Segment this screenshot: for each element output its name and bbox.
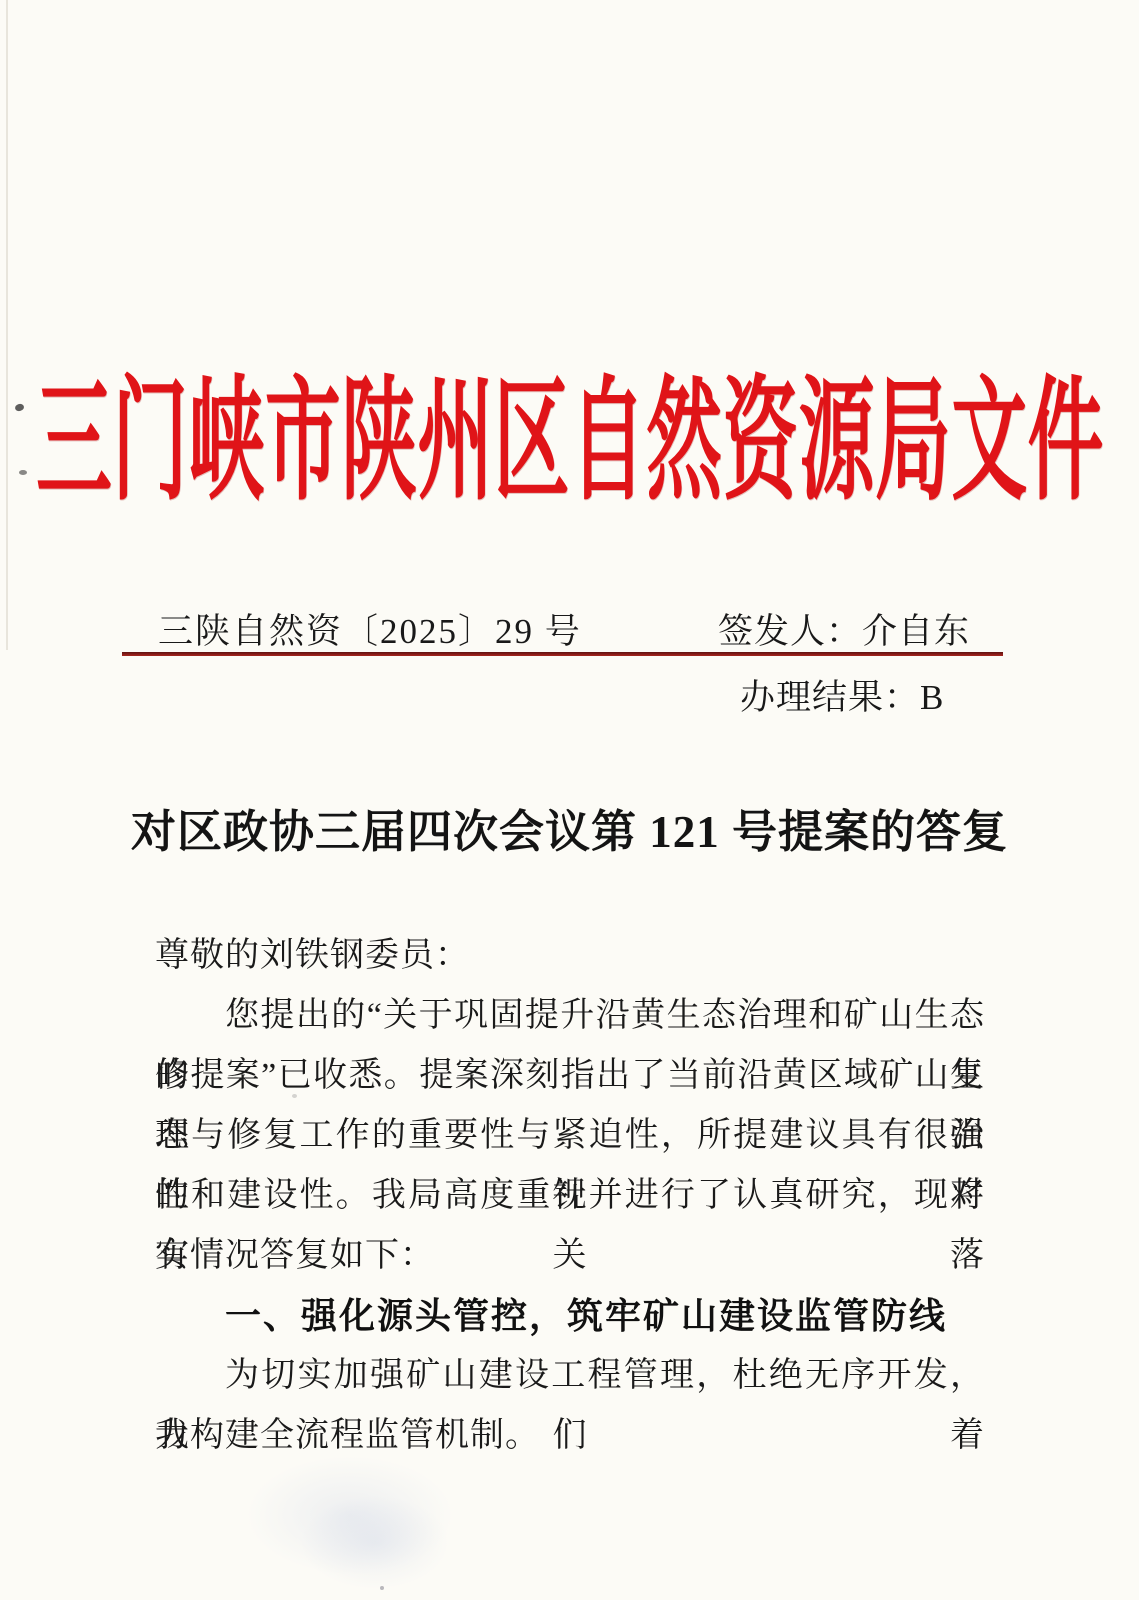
body-line: 为切实加强矿山建设工程管理，杜绝无序开发，我们着 xyxy=(155,1346,985,1406)
paper-edge-shadow xyxy=(6,0,8,650)
scan-speck xyxy=(380,1586,384,1590)
document-title: 对区政协三届四次会议第 121 号提案的答复 xyxy=(0,802,1139,862)
result-value: B xyxy=(920,678,944,717)
signer-label: 签发人： xyxy=(718,612,862,651)
red-divider-rule xyxy=(122,652,1003,656)
handling-result: 办理结果：B xyxy=(740,676,944,720)
body-line: 理与修复工作的重要性与紧迫性，所提建议具有很强的针对 xyxy=(155,1106,985,1166)
ink-bleed-through xyxy=(300,1495,450,1590)
signer-name: 介自东 xyxy=(862,612,970,651)
body-line: 您提出的“关于巩固提升沿黄生态治理和矿山生态修复 xyxy=(155,986,985,1046)
signer: 签发人：介自东 xyxy=(718,610,970,654)
body-line: 性和建设性。我局高度重视并进行了认真研究，现将有关落 xyxy=(155,1166,985,1226)
body-section-heading: 一、强化源头管控，筑牢矿山建设监管防线 xyxy=(155,1286,985,1346)
result-label: 办理结果： xyxy=(740,678,920,717)
document-body: 尊敬的刘铁钢委员： 您提出的“关于巩固提升沿黄生态治理和矿山生态修复 的提案”已… xyxy=(155,926,985,1466)
letterhead: 三门峡市陕州区自然资源局文件 xyxy=(0,374,1139,511)
body-line-salutation: 尊敬的刘铁钢委员： xyxy=(155,926,985,986)
scan-speck xyxy=(19,470,27,475)
letterhead-title: 三门峡市陕州区自然资源局文件 xyxy=(36,374,1104,511)
document-page: 三门峡市陕州区自然资源局文件 三陕自然资〔2025〕29 号 签发人：介自东 办… xyxy=(0,0,1139,1600)
ink-bleed-through xyxy=(245,1455,455,1575)
scan-speck xyxy=(292,1094,297,1098)
doc-number: 三陕自然资〔2025〕29 号 xyxy=(158,610,582,654)
meta-row: 三陕自然资〔2025〕29 号 签发人：介自东 xyxy=(158,610,970,654)
body-line: 的提案”已收悉。提案深刻指出了当前沿黄区域矿山生态治 xyxy=(155,1046,985,1106)
